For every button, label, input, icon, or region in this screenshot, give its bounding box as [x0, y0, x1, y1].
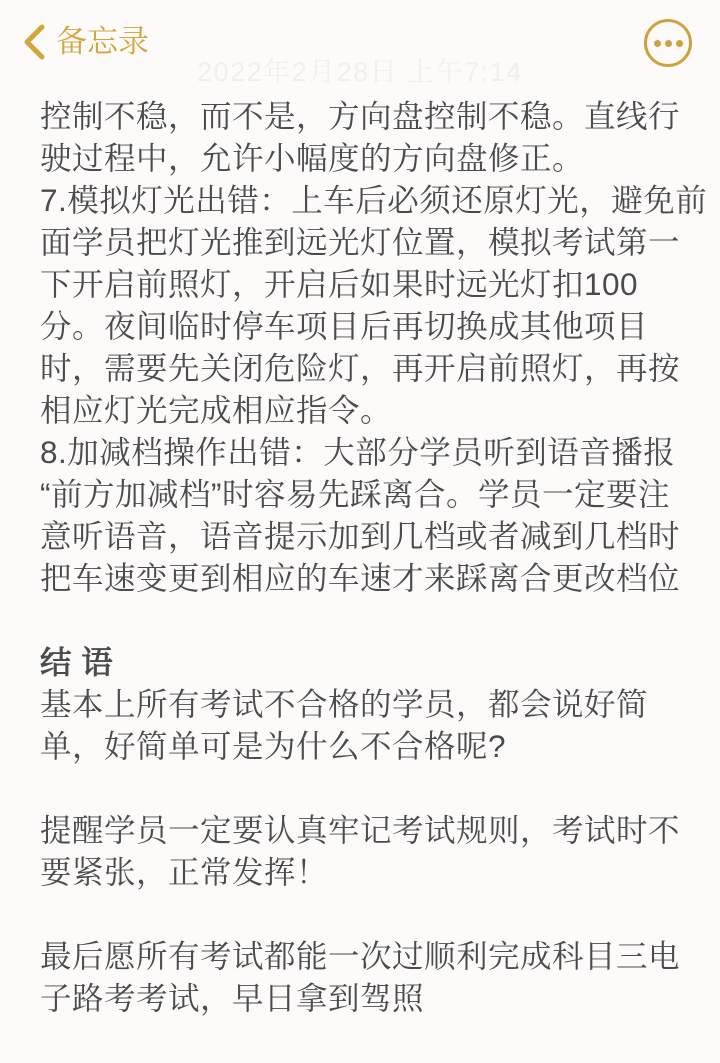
note-line: 7.模拟灯光出错：上车后必须还原灯光，避免前 — [40, 179, 690, 221]
note-body[interactable]: 控制不稳，而不是，方向盘控制不稳。直线行 驶过程中，允许小幅度的方向盘修正。 7… — [40, 95, 690, 1019]
note-line: 驶过程中，允许小幅度的方向盘修正。 — [40, 137, 690, 179]
note-line: 下开启前照灯，开启后如果时远光灯扣100 — [40, 263, 690, 305]
more-button[interactable] — [644, 19, 692, 67]
note-line-blank — [40, 767, 690, 809]
note-line-blank — [40, 599, 690, 641]
note-line: 相应灯光完成相应指令。 — [40, 389, 690, 431]
note-line: 最后愿所有考试都能一次过顺利完成科目三电 — [40, 935, 690, 977]
note-line: 时，需要先关闭危险灯，再开启前照灯，再按 — [40, 347, 690, 389]
note-line: “前方加减档”时容易先踩离合。学员一定要注 — [40, 473, 690, 515]
ellipsis-dot — [665, 40, 672, 47]
note-line: 控制不稳，而不是，方向盘控制不稳。直线行 — [40, 95, 690, 137]
note-line-blank — [40, 893, 690, 935]
note-line: 提醒学员一定要认真牢记考试规则，考试时不 — [40, 809, 690, 851]
note-line: 意听语音，语音提示加到几档或者减到几档时 — [40, 515, 690, 557]
note-line: 8.加减档操作出错：大部分学员听到语音播报 — [40, 431, 690, 473]
note-line: 要紧张，正常发挥！ — [40, 851, 690, 893]
note-line: 单，好简单可是为什么不合格呢? — [40, 725, 690, 767]
note-line: 子路考考试，早日拿到驾照 — [40, 977, 690, 1019]
note-line: 把车速变更到相应的车速才来踩离合更改档位 — [40, 557, 690, 599]
note-section-heading: 结 语 — [40, 641, 690, 683]
note-line: 基本上所有考试不合格的学员，都会说好简 — [40, 683, 690, 725]
notes-app-screen: 备忘录 2022年2月28日 上午7:14 控制不稳，而不是，方向盘控制不稳。直… — [0, 0, 720, 1063]
note-date: 2022年2月28日 上午7:14 — [0, 50, 720, 89]
note-line: 分。夜间临时停车项目后再切换成其他项目 — [40, 305, 690, 347]
ellipsis-dot — [654, 40, 661, 47]
ellipsis-dot — [676, 40, 683, 47]
ellipsis-circle-icon — [644, 19, 692, 67]
nav-bar: 备忘录 2022年2月28日 上午7:14 — [0, 0, 720, 96]
note-line: 面学员把灯光推到远光灯位置，模拟考试第一 — [40, 221, 690, 263]
